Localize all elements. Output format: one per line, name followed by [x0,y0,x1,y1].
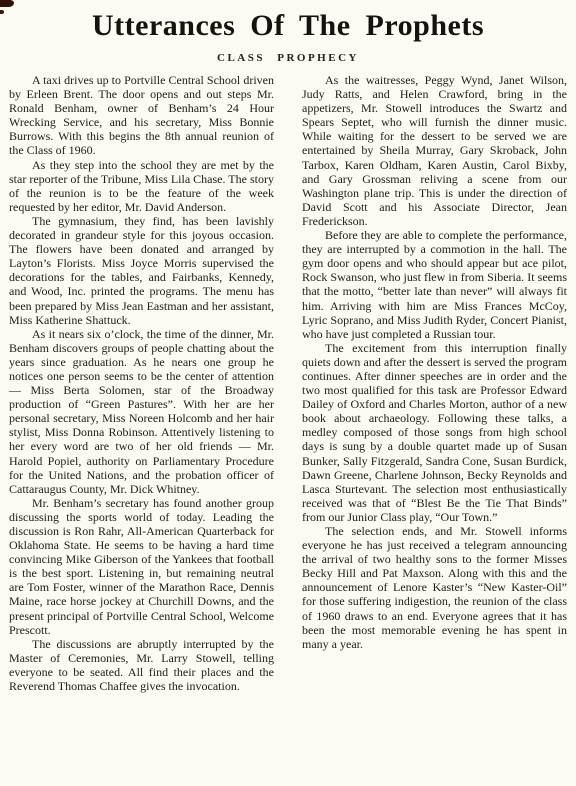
page-subtitle: CLASS PROPHECY [9,52,567,64]
paragraph: Mr. Benham’s secretary has found another… [9,496,274,637]
yearbook-page: Utterances Of The Prophets CLASS PROPHEC… [0,0,576,786]
paragraph: A taxi drives up to Portville Central Sc… [9,73,274,158]
paragraph: Before they are able to complete the per… [302,228,567,341]
paragraph: The excitement from this interruption fi… [302,341,567,524]
paragraph: As they step into the school they are me… [9,158,274,214]
ink-speck-mark [0,10,4,14]
left-column: A taxi drives up to Portville Central Sc… [9,73,274,693]
paragraph: The discussions are abruptly interrupted… [9,637,274,693]
right-column: As the waitresses, Peggy Wynd, Janet Wil… [302,73,567,693]
text-columns: A taxi drives up to Portville Central Sc… [9,73,567,693]
paragraph: As it nears six o’clock, the time of the… [9,327,274,496]
page-title: Utterances Of The Prophets [9,9,567,43]
paragraph: As the waitresses, Peggy Wynd, Janet Wil… [302,73,567,228]
paragraph: The selection ends, and Mr. Stowell info… [302,524,567,651]
ink-smudge-mark [0,0,14,7]
paragraph: The gymnasium, they find, has been lavis… [9,214,274,327]
